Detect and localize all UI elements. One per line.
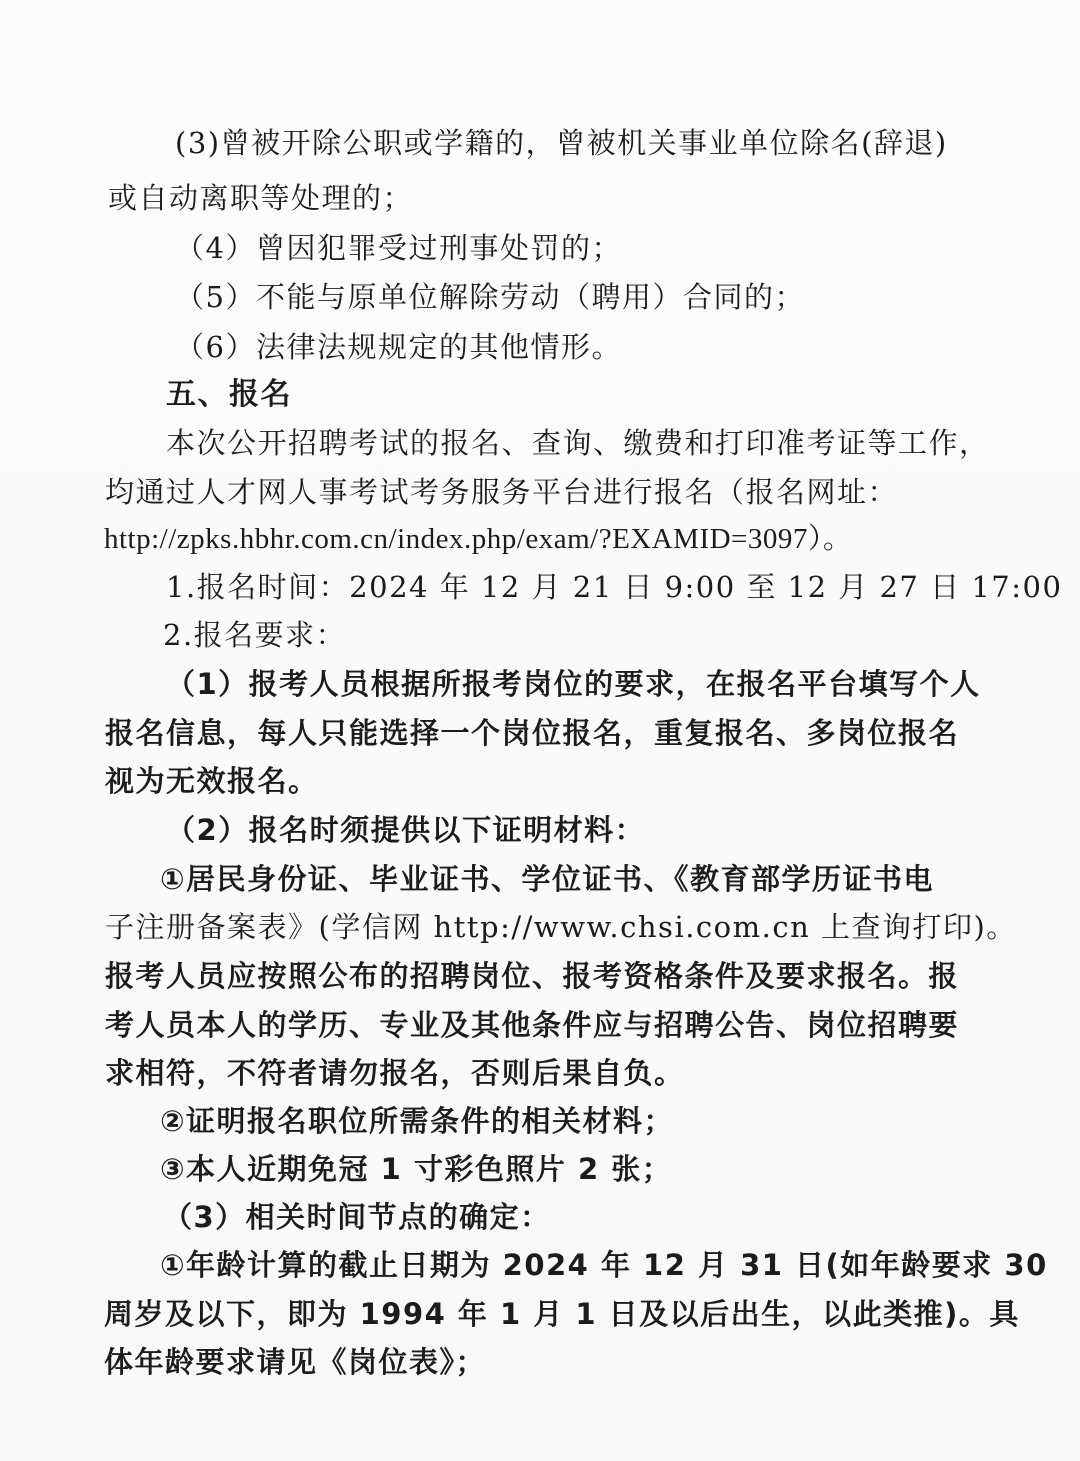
requirement-1-line-3: 视为无效报名。 [105,761,319,801]
list-item-disqualification-3: (3)曾被开除公职或学籍的，曾被机关事业单位除名(辞退) [175,123,940,163]
subheading-registration-requirements: 2.报名要求： [163,615,346,655]
document-page: (3)曾被开除公职或学籍的，曾被机关事业单位除名(辞退) 或自动离职等处理的； … [0,0,1080,1461]
material-1-line-2: 子注册备案表》(学信网 http://www.chsi.com.cn 上查询打印… [105,907,941,947]
material-1-line-5: 求相符，不符者请勿报名，否则后果自负。 [105,1053,685,1093]
requirement-3-heading: （3）相关时间节点的确定： [163,1197,551,1237]
paragraph-registration-platform: 均通过人才网人事考试考务服务平台进行报名（报名网址： [105,472,937,512]
section-heading-registration: 五、报名 [166,375,292,415]
list-item-disqualification-3-cont: 或自动离职等处理的； [108,178,413,218]
material-1-line-4: 考人员本人的学历、专业及其他条件应与招聘公告、岗位招聘要 [105,1005,941,1045]
age-rule-line-1: ①年龄计算的截止日期为 2024 年 12 月 31 日(如年龄要求 30 [160,1245,942,1285]
age-rule-line-2: 周岁及以下，即为 1994 年 1 月 1 日及以后出生，以此类推)。具 [104,1294,942,1334]
age-rule-line-3: 体年龄要求请见《岗位表》； [104,1342,486,1382]
list-item-disqualification-6: （6）法律法规规定的其他情形。 [175,327,622,367]
list-item-disqualification-4: （4）曾因犯罪受过刑事处罚的； [175,228,622,268]
material-3: ③本人近期免冠 1 寸彩色照片 2 张； [160,1149,672,1189]
material-2: ②证明报名职位所需条件的相关材料； [160,1101,674,1141]
paragraph-registration-intro: 本次公开招聘考试的报名、查询、缴费和打印准考证等工作， [166,423,942,463]
material-1-line-3: 报考人员应按照公布的招聘岗位、报考资格条件及要求报名。报 [105,956,941,996]
material-1-line-1: ①居民身份证、毕业证书、学位证书、《教育部学历证书电 [160,859,942,899]
requirement-1-line-1: （1）报考人员根据所报考岗位的要求，在报名平台填写个人 [166,664,942,704]
list-item-disqualification-5: （5）不能与原单位解除劳动（聘用）合同的； [175,277,805,317]
registration-time: 1.报名时间：2024 年 12 月 21 日 9:00 至 12 月 27 日… [166,567,926,607]
requirement-1-line-2: 报名信息，每人只能选择一个岗位报名，重复报名、多岗位报名 [105,713,942,753]
requirement-2-heading: （2）报名时须提供以下证明材料： [166,810,645,850]
registration-url-text: http://zpks.hbhr.com.cn/index.php/exam/?… [104,519,852,559]
